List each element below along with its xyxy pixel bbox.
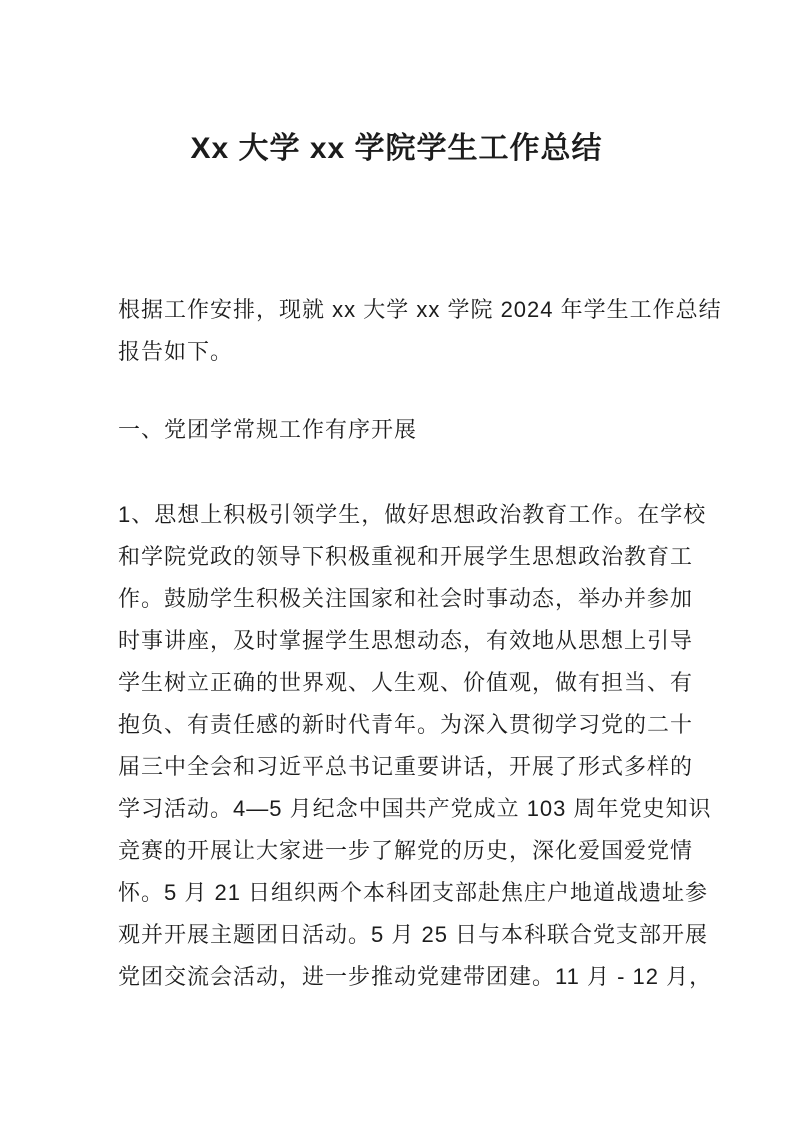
document-content: Xx 大学 xx 学院学生工作总结 根据工作安排，现就 xx 大学 xx 学院 …	[0, 0, 793, 998]
body-paragraph: 1、思想上积极引领学生，做好思想政治教育工作。在学校和学院党政的领导下积极重视和…	[118, 494, 675, 998]
text-line: 时事讲座，及时掌握学生思想动态，有效地从思想上引导	[118, 620, 675, 662]
text-line: 报告如下。	[118, 331, 675, 373]
section-heading: 一、党团学常规工作有序开展	[118, 409, 675, 451]
text-line: 根据工作安排，现就 xx 大学 xx 学院 2024 年学生工作总结	[118, 289, 675, 331]
text-line: 一、党团学常规工作有序开展	[118, 409, 675, 451]
document-body: 根据工作安排，现就 xx 大学 xx 学院 2024 年学生工作总结报告如下。一…	[118, 289, 675, 998]
document-page: Xx 大学 xx 学院学生工作总结 根据工作安排，现就 xx 大学 xx 学院 …	[0, 0, 793, 1122]
text-line: 作。鼓励学生积极关注国家和社会时事动态，举办并参加	[118, 578, 675, 620]
text-line: 学习活动。4—5 月纪念中国共产党成立 103 周年党史知识	[118, 788, 675, 830]
text-line: 观并开展主题团日活动。5 月 25 日与本科联合党支部开展	[118, 914, 675, 956]
text-line: 竞赛的开展让大家进一步了解党的历史，深化爱国爱党情	[118, 830, 675, 872]
text-line: 届三中全会和习近平总书记重要讲话，开展了形式多样的	[118, 746, 675, 788]
text-line: 党团交流会活动，进一步推动党建带团建。11 月 - 12 月，	[118, 956, 675, 998]
document-title: Xx 大学 xx 学院学生工作总结	[118, 0, 675, 172]
text-line: 抱负、有责任感的新时代青年。为深入贯彻学习党的二十	[118, 704, 675, 746]
text-line: 怀。5 月 21 日组织两个本科团支部赴焦庄户地道战遗址参	[118, 872, 675, 914]
text-line: 1、思想上积极引领学生，做好思想政治教育工作。在学校	[118, 494, 675, 536]
text-line: 和学院党政的领导下积极重视和开展学生思想政治教育工	[118, 536, 675, 578]
body-paragraph: 根据工作安排，现就 xx 大学 xx 学院 2024 年学生工作总结报告如下。	[118, 289, 675, 373]
text-line: 学生树立正确的世界观、人生观、价值观，做有担当、有	[118, 662, 675, 704]
